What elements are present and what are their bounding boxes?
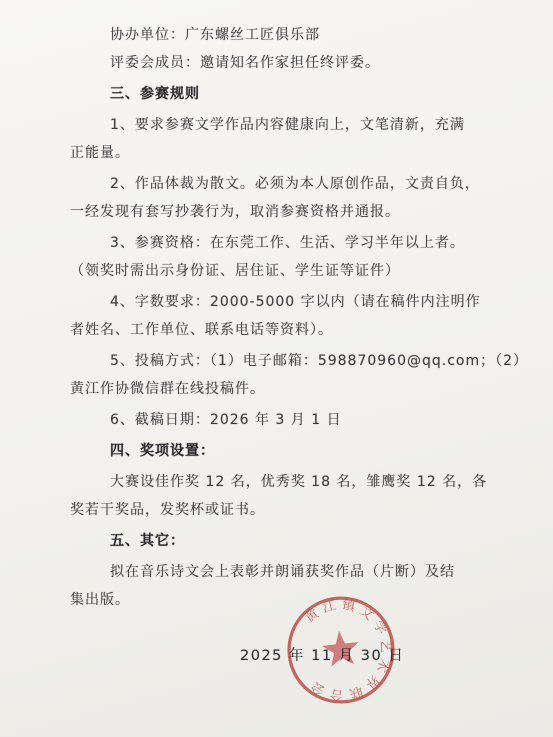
doc-line-rule2: 2、作品体裁为散文。必须为本人原创作品，文责自负， [70, 170, 517, 198]
doc-heading-awards: 四、奖项设置： [70, 437, 517, 465]
doc-line-awards: 大赛设佳作奖 12 名，优秀奖 18 名，雏鹰奖 12 名，各 [70, 468, 517, 496]
document-page: 协办单位：广东螺丝工匠俱乐部 评委会成员：邀请知名作家担任终评委。 三、参赛规则… [0, 0, 553, 737]
doc-line-rule4: 4、字数要求：2000-5000 字以内（请在稿件内注明作 [70, 288, 517, 316]
doc-line-rule3: 3、参赛资格：在东莞工作、生活、学习半年以上者。 [70, 229, 517, 257]
doc-line-rule3-cont: （领奖时需出示身份证、居住证、学生证等证件） [70, 257, 517, 285]
document-body: 协办单位：广东螺丝工匠俱乐部 评委会成员：邀请知名作家担任终评委。 三、参赛规则… [0, 0, 553, 614]
doc-line-awards-cont: 奖若干奖品，发奖杯或证书。 [70, 496, 517, 524]
doc-line-other: 拟在音乐诗文会上表彰并朗诵获奖作品（片断）及结 [70, 558, 517, 586]
doc-line-rule1-cont: 正能量。 [70, 139, 517, 167]
doc-line-rule2-cont: 一经发现有套写抄袭行为，取消参赛资格并通报。 [70, 198, 517, 226]
doc-line-rule1: 1、要求参赛文学作品内容健康向上，文笔清新，充满 [70, 111, 517, 139]
doc-line-rule4-cont: 者姓名、工作单位、联系电话等资料）。 [70, 316, 517, 344]
doc-line-rule5-cont: 黄江作协微信群在线投稿件。 [70, 375, 517, 403]
doc-line-jury: 评委会成员：邀请知名作家担任终评委。 [70, 49, 517, 77]
doc-line-rule6-deadline: 6、截稿日期：2026 年 3 月 1 日 [70, 406, 517, 434]
date-text: 2025 年 11 月 30 日 [240, 644, 404, 665]
doc-line-coorganizer: 协办单位：广东螺丝工匠俱乐部 [70, 21, 517, 49]
doc-heading-rules: 三、参赛规则 [70, 80, 517, 108]
doc-line-rule5: 5、投稿方式：（1）电子邮箱：598870960@qq.com；（2） [70, 347, 517, 375]
doc-line-other-cont: 集出版。 [70, 586, 517, 614]
doc-heading-other: 五、其它： [70, 527, 517, 555]
